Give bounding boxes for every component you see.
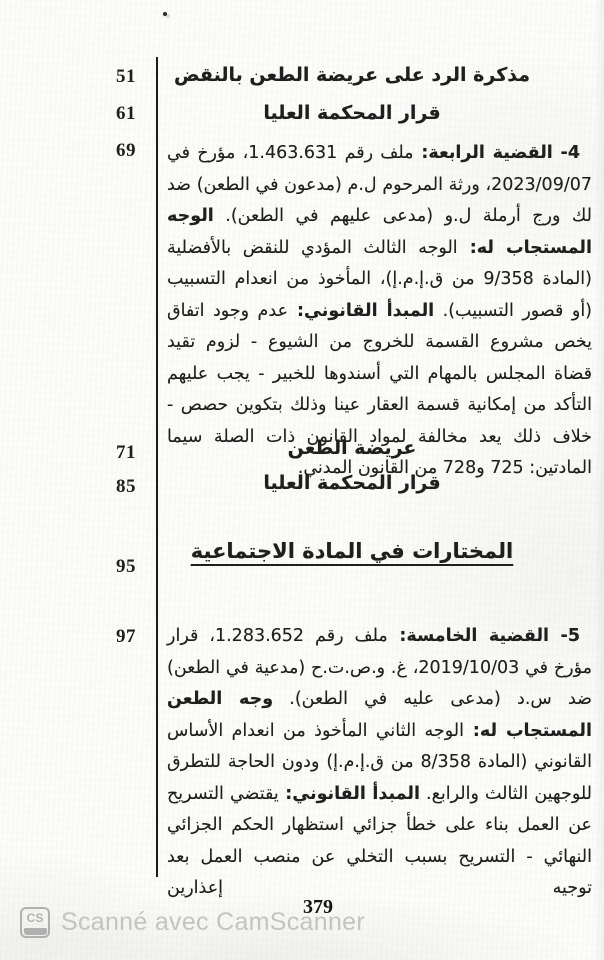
toc-heading-supreme-court-decision: قرار المحكمة العليا [140, 100, 564, 126]
toc-heading-reply-memo: مذكرة الرد على عريضة الطعن بالنقض [140, 62, 564, 88]
gutter-page-number: 61 [68, 103, 136, 125]
legal-principle-label: المبدأ القانوني: [279, 784, 420, 804]
gutter-page-number: 85 [68, 476, 136, 498]
gutter-page-number: 69 [68, 140, 136, 162]
toc-section-title-social-matters: المختارات في المادة الاجتماعية [140, 538, 564, 564]
scan-artifact-dot [163, 12, 167, 16]
gutter-divider-line [156, 57, 158, 877]
gutter-page-number: 51 [68, 66, 136, 88]
toc-case-entry-4: 4- القضية الرابعة: ملف رقم 1.463.631، مؤ… [167, 138, 592, 485]
scanned-document-page: 51 61 69 71 85 95 97 مذكرة الرد على عريض… [0, 0, 604, 960]
toc-heading-supreme-court-decision: قرار المحكمة العليا [140, 470, 564, 496]
gutter-page-number: 71 [68, 442, 136, 464]
toc-case-entry-5: 5- القضية الخامسة: ملف رقم 1.283.652، قر… [167, 621, 592, 905]
gutter-page-number: 97 [68, 626, 136, 648]
gutter-page-number: 95 [68, 556, 136, 578]
camscanner-logo-icon: CS [20, 907, 50, 938]
camscanner-watermark: CS Scanné avec CamScanner [20, 907, 365, 938]
case-number-label: 4- القضية الرابعة: [414, 143, 580, 163]
watermark-text: Scanné avec CamScanner [61, 908, 365, 937]
case-number-label: 5- القضية الخامسة: [388, 626, 580, 646]
camscanner-logo-letters: CS [27, 911, 44, 936]
legal-principle-label: المبدأ القانوني: [288, 301, 434, 321]
toc-heading-appeal-petition: عريضة الطعن [140, 435, 564, 461]
